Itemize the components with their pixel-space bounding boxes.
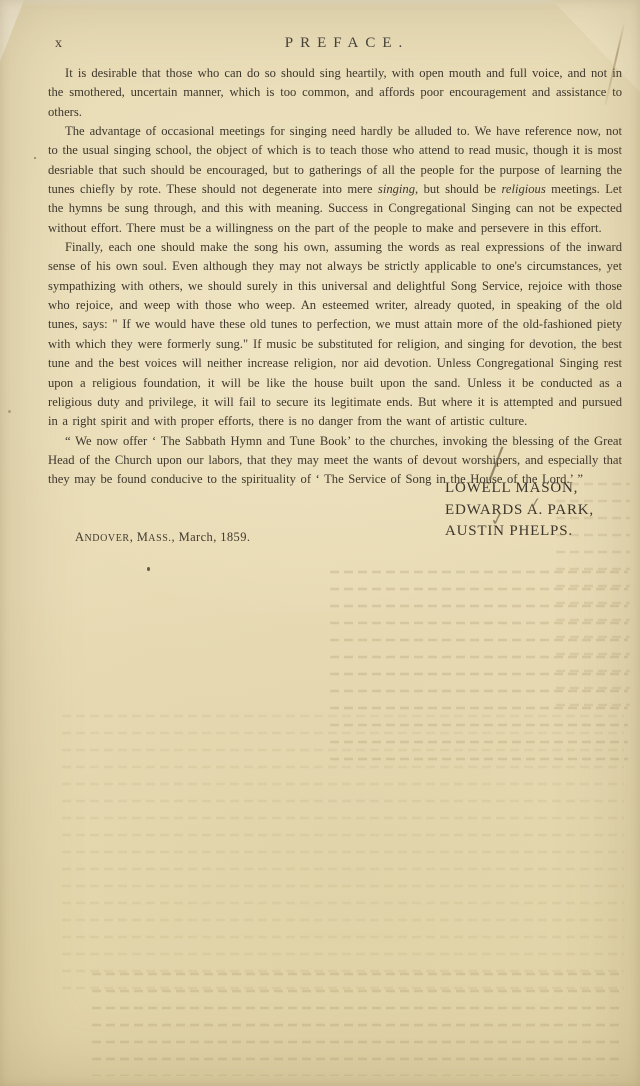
show-through-ghost-text (330, 556, 628, 768)
show-through-ghost-text (62, 700, 624, 1000)
signature-name: LOWELL MASON, (445, 478, 594, 500)
preface-paragraph-3: Finally, each one should make the song h… (48, 238, 622, 431)
page-corner-top-left (0, 0, 24, 62)
signature-name: AUSTIN PHELPS. (445, 521, 594, 543)
preface-paragraph-1: It is desirable that those who can do so… (48, 64, 622, 122)
signature-block: LOWELL MASON,EDWARDS A. PARK,AUSTIN PHEL… (445, 478, 594, 543)
scan-edge-highlight (0, 0, 640, 7)
ink-speck (34, 157, 36, 159)
ink-speck (147, 567, 150, 571)
page-title: PREFACE. (0, 35, 640, 52)
signature-name: EDWARDS A. PARK, (445, 500, 594, 522)
dateline: ANDOVER, MASS., March, 1859. (75, 530, 250, 545)
ink-speck (8, 410, 11, 413)
preface-text: It is desirable that those who can do so… (48, 64, 622, 490)
preface-paragraph-2: The advantage of occasional meetings for… (48, 122, 622, 238)
book-page: x PREFACE. It is desirable that those wh… (0, 0, 640, 1086)
show-through-ghost-text (92, 958, 624, 1076)
pencil-checkmark: ✓ (528, 493, 542, 512)
